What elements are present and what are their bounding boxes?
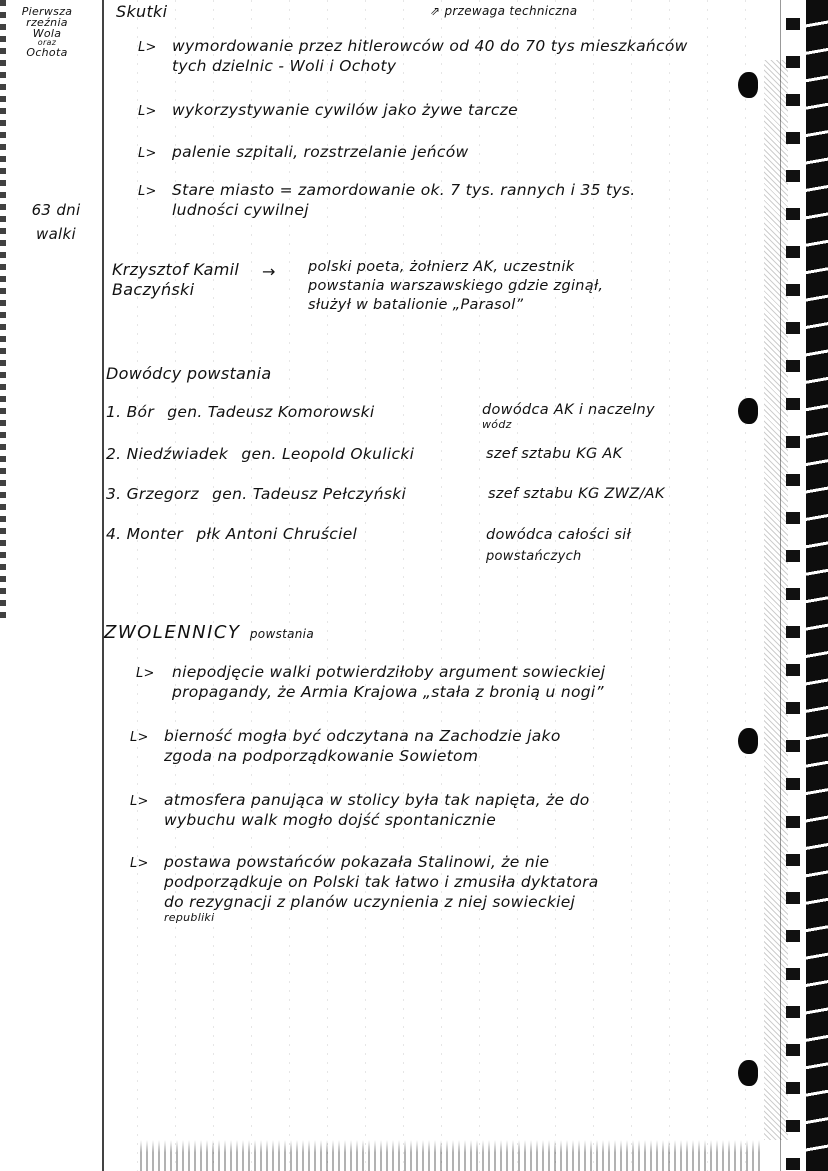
commander-role: szef sztabu KG ZWZ/AK xyxy=(488,484,665,504)
commander-role: dowódca AK i naczelny wódz xyxy=(482,402,655,430)
section-heading-skutki: Skutki xyxy=(116,2,167,21)
punch-hole xyxy=(738,1060,758,1086)
list-item: L> atmosfera panująca w stolicy była tak… xyxy=(130,790,590,830)
commander-role: szef sztabu KG AK xyxy=(486,444,622,464)
left-page-edge xyxy=(0,0,6,620)
commander-row: 3. Grzegorz gen. Tadeusz Pełczyński xyxy=(106,484,406,504)
person-description: polski poeta, żołnierz AK, uczestnik pow… xyxy=(308,258,603,315)
annotation-technical-advantage: ⇗ przewaga techniczna xyxy=(430,4,577,18)
person-name-baczynski: Krzysztof Kamil Baczyński xyxy=(112,260,239,300)
list-item: L> postawa powstańców pokazała Stalinowi… xyxy=(130,852,599,924)
section-heading-dowodcy: Dowódcy powstania xyxy=(106,364,271,383)
list-item: L> wykorzystywanie cywilów jako żywe tar… xyxy=(138,100,518,122)
list-item: L> palenie szpitali, rozstrzelanie jeńcó… xyxy=(138,142,469,164)
bullet-arrow-icon: L> xyxy=(138,184,157,199)
bullet-arrow-icon: L> xyxy=(130,794,149,809)
commander-role: dowódca całości sił powstańczych xyxy=(486,524,631,568)
spiral-binding xyxy=(806,0,828,1171)
bullet-arrow-icon: L> xyxy=(138,104,157,119)
notebook-page: Pierwsza rzeźnia Wola oraz Ochota 63 dni… xyxy=(0,0,828,1171)
list-item: L> wymordowanie przez hitlerowców od 40 … xyxy=(138,36,688,76)
scan-noise-bottom xyxy=(140,1140,760,1171)
bullet-arrow-icon: L> xyxy=(136,666,155,681)
margin-note-line: Ochota xyxy=(12,47,82,58)
arrow-icon: → xyxy=(262,262,276,281)
margin-note-line: 63 dni xyxy=(26,198,86,222)
margin-note-63-days: 63 dni walki xyxy=(26,198,86,246)
annotation-arrow-icon: ⇗ xyxy=(430,4,440,18)
list-item: L> bierność mogła być odczytana na Zacho… xyxy=(130,726,561,766)
punch-hole xyxy=(738,72,758,98)
scan-noise xyxy=(764,60,788,1140)
list-item: L> niepodjęcie walki potwierdziłoby argu… xyxy=(136,662,605,702)
bullet-arrow-icon: L> xyxy=(130,730,149,745)
margin-line xyxy=(102,0,104,1171)
margin-note-wola-ochota: Pierwsza rzeźnia Wola oraz Ochota xyxy=(12,6,82,58)
bullet-arrow-icon: L> xyxy=(138,146,157,161)
punch-hole xyxy=(738,728,758,754)
section-heading-zwolennicy: ZWOLENNICY powstania xyxy=(104,622,314,643)
commander-row: 1. Bór gen. Tadeusz Komorowski xyxy=(106,402,374,422)
commander-row: 4. Monter płk Antoni Chruściel xyxy=(106,524,357,544)
bullet-arrow-icon: L> xyxy=(138,40,157,55)
punch-hole xyxy=(738,398,758,424)
spiral-rings xyxy=(786,0,800,1171)
dotted-grid xyxy=(100,0,760,1171)
commander-row: 2. Niedźwiadek gen. Leopold Okulicki xyxy=(106,444,414,464)
list-item: L> Stare miasto = zamordowanie ok. 7 tys… xyxy=(138,180,635,220)
bullet-arrow-icon: L> xyxy=(130,856,149,871)
margin-note-line: walki xyxy=(26,222,86,246)
